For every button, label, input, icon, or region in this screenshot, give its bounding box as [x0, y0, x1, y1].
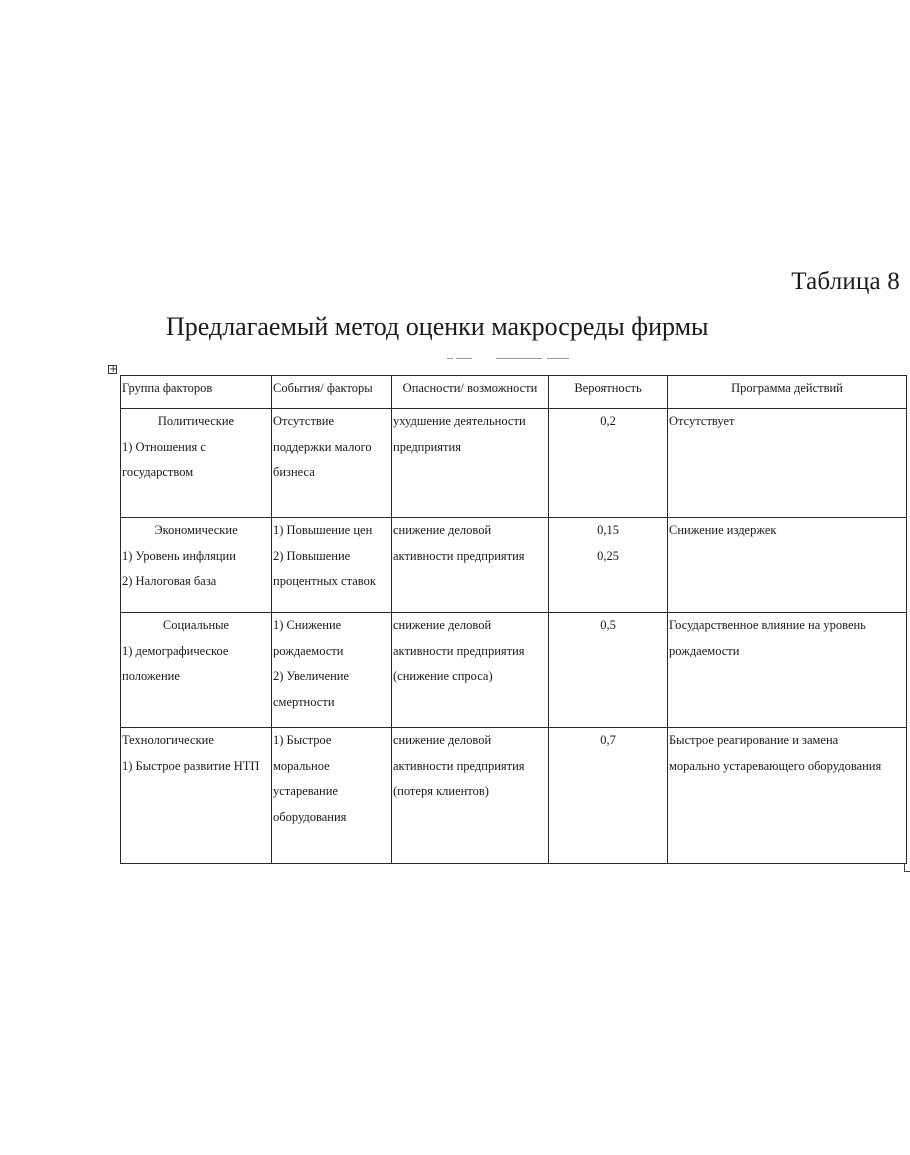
- table-row: Экономические1) Уровень инфляции2) Налог…: [121, 518, 907, 613]
- cell-probability: 0,5: [549, 613, 668, 728]
- document-title: Предлагаемый метод оценки макросреды фир…: [166, 312, 709, 342]
- cell-threats-line: активности предприятия: [393, 544, 547, 570]
- cell-group-line: 1) демографическое: [122, 639, 270, 665]
- cell-program: Государственное влияние на уровеньрождае…: [668, 613, 907, 728]
- cell-events: Отсутствиеподдержки малогобизнеса: [272, 409, 392, 518]
- cell-group: Экономические1) Уровень инфляции2) Налог…: [121, 518, 272, 613]
- cell-group: Социальные1) демографическоеположение: [121, 613, 272, 728]
- cell-program-line: Быстрое реагирование и замена: [669, 728, 905, 754]
- cell-program: Отсутствует: [668, 409, 907, 518]
- cell-group: Политические1) Отношения сгосударством: [121, 409, 272, 518]
- cell-events: 1) Повышение цен2) Повышениепроцентных с…: [272, 518, 392, 613]
- cell-threats: снижение деловойактивности предприятия(п…: [392, 728, 549, 864]
- cell-probability-line: 0,15: [550, 518, 666, 544]
- cell-program: Снижение издержек: [668, 518, 907, 613]
- cell-group: Технологические1) Быстрое развитие НТП: [121, 728, 272, 864]
- cell-events-line: устаревание: [273, 779, 390, 805]
- cell-program-line: Снижение издержек: [669, 518, 905, 544]
- cell-probability: 0,7: [549, 728, 668, 864]
- cell-events-line: поддержки малого: [273, 435, 390, 461]
- header-threats: Опасности/ возможности: [392, 376, 549, 409]
- cell-group-line: положение: [122, 664, 270, 690]
- cell-group-line: 2) Налоговая база: [122, 569, 270, 595]
- cell-events-line: 1) Снижение: [273, 613, 390, 639]
- cell-events-line: рождаемости: [273, 639, 390, 665]
- header-events: События/ факторы: [272, 376, 392, 409]
- table-row: Технологические1) Быстрое развитие НТП1)…: [121, 728, 907, 864]
- cell-probability: 0,150,25: [549, 518, 668, 613]
- cell-probability-line: 0,5: [550, 613, 666, 639]
- macro-environment-table: Группа факторов События/ факторы Опаснос…: [120, 375, 907, 864]
- cell-events: 1) Быстроеморальноеустареваниеоборудован…: [272, 728, 392, 864]
- cell-threats-line: снижение деловой: [393, 518, 547, 544]
- cell-threats: снижение деловойактивности предприятия(с…: [392, 613, 549, 728]
- cell-threats-line: снижение деловой: [393, 613, 547, 639]
- cell-threats-line: ухудшение деятельности: [393, 409, 547, 435]
- cell-threats: ухудшение деятельностипредприятия: [392, 409, 549, 518]
- cell-probability: 0,2: [549, 409, 668, 518]
- cell-group-line: Политические: [122, 409, 270, 435]
- cell-threats-line: активности предприятия: [393, 639, 547, 665]
- header-group: Группа факторов: [121, 376, 272, 409]
- cell-threats-line: (снижение спроса): [393, 664, 547, 690]
- cell-threats: снижение деловойактивности предприятия: [392, 518, 549, 613]
- cell-group-line: Технологические: [122, 728, 270, 754]
- cell-group-line: Экономические: [122, 518, 270, 544]
- cell-threats-line: активности предприятия: [393, 754, 547, 780]
- cell-probability-line: 0,7: [550, 728, 666, 754]
- cell-program-line: Государственное влияние на уровень: [669, 613, 905, 639]
- table-move-handle-icon[interactable]: +: [108, 365, 117, 374]
- table-row: Политические1) Отношения сгосударствомОт…: [121, 409, 907, 518]
- cell-program-line: Отсутствует: [669, 409, 905, 435]
- cell-events-line: моральное: [273, 754, 390, 780]
- cell-threats-line: снижение деловой: [393, 728, 547, 754]
- cell-threats-line: (потеря клиентов): [393, 779, 547, 805]
- table-number: Таблица 8: [791, 268, 900, 296]
- header-program: Программа действий: [668, 376, 907, 409]
- faint-hidden-text-artifact: [447, 358, 569, 361]
- cell-events-line: 1) Быстрое: [273, 728, 390, 754]
- table-header-row: Группа факторов События/ факторы Опаснос…: [121, 376, 907, 409]
- cell-events-line: 1) Повышение цен: [273, 518, 390, 544]
- cell-events-line: бизнеса: [273, 460, 390, 486]
- cell-events-line: Отсутствие: [273, 409, 390, 435]
- cell-events-line: 2) Увеличение: [273, 664, 390, 690]
- cell-group-line: 1) Отношения с: [122, 435, 270, 461]
- cell-probability-line: 0,2: [550, 409, 666, 435]
- cell-group-line: государством: [122, 460, 270, 486]
- cell-program-line: рождаемости: [669, 639, 905, 665]
- table-resize-handle-icon[interactable]: [904, 864, 910, 872]
- cell-events-line: оборудования: [273, 805, 390, 831]
- cell-threats-line: предприятия: [393, 435, 547, 461]
- cell-group-line: 1) Быстрое развитие НТП: [122, 754, 270, 780]
- cell-probability-line: 0,25: [550, 544, 666, 570]
- cell-program-line: морально устаревающего оборудования: [669, 754, 905, 780]
- cell-program: Быстрое реагирование и заменаморально ус…: [668, 728, 907, 864]
- header-probability: Вероятность: [549, 376, 668, 409]
- cell-group-line: 1) Уровень инфляции: [122, 544, 270, 570]
- cell-events-line: смертности: [273, 690, 390, 716]
- table-row: Социальные1) демографическоеположение1) …: [121, 613, 907, 728]
- cell-group-line: Социальные: [122, 613, 270, 639]
- cell-events: 1) Снижениерождаемости2) Увеличениесмерт…: [272, 613, 392, 728]
- cell-events-line: процентных ставок: [273, 569, 390, 595]
- cell-events-line: 2) Повышение: [273, 544, 390, 570]
